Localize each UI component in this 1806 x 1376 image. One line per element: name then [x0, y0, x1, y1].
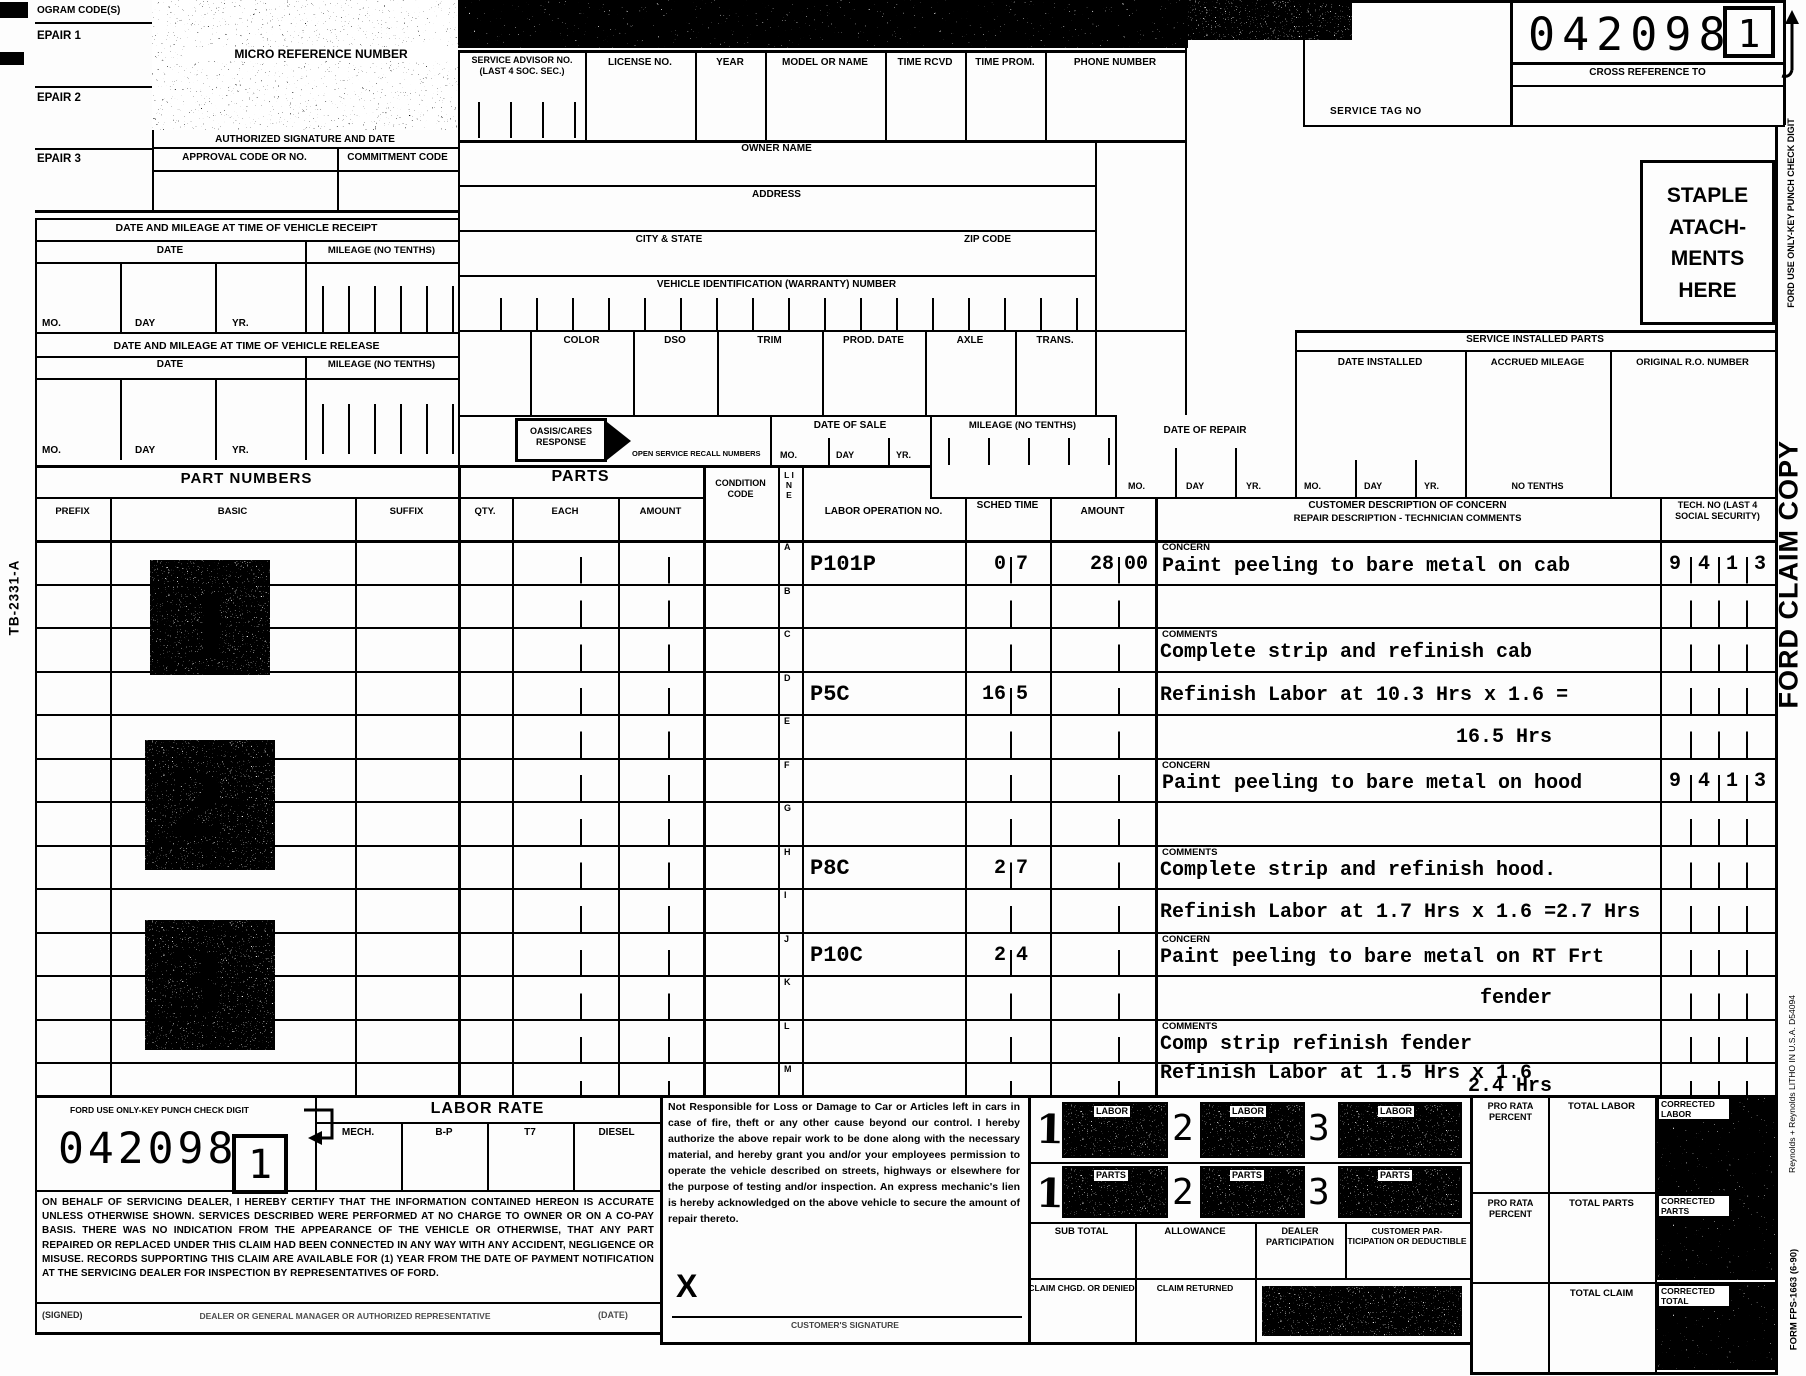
rule: [888, 438, 890, 465]
rule: [1028, 1162, 1470, 1164]
rule: [35, 22, 152, 24]
rule: [35, 378, 458, 380]
description-text: fender: [1160, 987, 1552, 1010]
day-label: DAY: [135, 445, 155, 457]
repair-1-label: EPAIR 1: [37, 30, 127, 44]
claim-returned-label: CLAIM RETURNED: [1135, 1283, 1255, 1293]
rule: [458, 50, 460, 465]
rule: [1095, 140, 1097, 415]
tick-column: [668, 540, 670, 1095]
rule: [1028, 1278, 1470, 1280]
description-text: Complete strip and refinish cab: [1160, 641, 1532, 664]
rule: [633, 330, 635, 415]
rule: [695, 50, 697, 140]
axle-label: AXLE: [925, 335, 1015, 347]
rule: [778, 465, 780, 1095]
rule: [458, 275, 1095, 277]
rule: [35, 497, 703, 499]
description-text: Paint peeling to bare metal on hood: [1162, 772, 1582, 795]
scan-artifact: [0, 2, 28, 18]
description-text: Paint peeling to bare metal on RT Frt: [1160, 946, 1604, 969]
micro-reference-label: MICRO REFERENCE NUMBER: [185, 47, 457, 61]
open-service-recall-label: OPEN SERVICE RECALL NUMBERS: [632, 450, 777, 459]
rule: [1015, 330, 1017, 415]
mo-label: MO.: [1304, 481, 1321, 492]
rule: [110, 497, 112, 1095]
column-3-number: 3: [1308, 1172, 1330, 1213]
day-label: DAY: [1186, 481, 1204, 492]
rule: [1470, 1372, 1778, 1375]
line-letter: D: [784, 673, 791, 684]
signature-line: [672, 1316, 1022, 1318]
rule: [35, 1095, 37, 1332]
labor-op-value: P8C: [810, 856, 850, 881]
staple-attachments-label: STAPLE ATACH- MENTS HERE: [1644, 180, 1771, 306]
labor-operation-header: LABOR OPERATION NO.: [802, 506, 965, 518]
rule: [1510, 85, 1785, 87]
mo-label: MO.: [42, 318, 61, 330]
rule: [35, 332, 458, 334]
signed-label: (SIGNED): [42, 1310, 83, 1321]
labor-op-value: P10C: [810, 943, 863, 968]
rule: [35, 627, 1775, 629]
comments-tag: COMMENTS: [1162, 1021, 1217, 1032]
rule: [1610, 350, 1612, 497]
rule: [802, 465, 804, 1095]
rule: [458, 185, 1095, 187]
corrected-total-box: CORRECTED TOTAL: [1657, 1284, 1775, 1370]
line-column-header: L I N E: [782, 470, 796, 500]
each-header: EACH: [512, 506, 618, 517]
total-parts-label: TOTAL PARTS: [1548, 1198, 1655, 1209]
repair-2-label: EPAIR 2: [37, 92, 127, 106]
rule: [152, 147, 458, 149]
rule: [35, 148, 152, 150]
amount-value: 00: [1124, 553, 1148, 576]
date-label: (DATE): [598, 1310, 628, 1321]
column-2-number: 2: [1172, 1108, 1194, 1149]
mileage-label: MILEAGE (NO TENTHS): [305, 245, 458, 256]
rule: [770, 415, 772, 465]
vin-tick-marks: [500, 298, 1080, 330]
rule: [35, 1332, 663, 1335]
rule: [215, 262, 217, 332]
scan-noise-strip: [1188, 0, 1352, 40]
tick-column: [1010, 540, 1012, 1095]
description-text: Complete strip and refinish hood.: [1160, 859, 1556, 882]
sub-total-label: SUB TOTAL: [1028, 1226, 1135, 1237]
prefix-header: PREFIX: [35, 506, 110, 517]
customer-x-mark: X: [676, 1268, 697, 1306]
rule: [1255, 1222, 1257, 1342]
sched-time-value: 2: [960, 857, 1006, 880]
mo-label: MO.: [42, 445, 61, 457]
rule: [512, 497, 514, 1095]
mech-label: MECH.: [315, 1127, 401, 1139]
rule: [1345, 1222, 1347, 1278]
mileage-tick-marks: [322, 404, 454, 454]
yr-label: YR.: [232, 445, 249, 457]
owner-name-label: OWNER NAME: [458, 143, 1095, 155]
rule: [35, 1190, 663, 1192]
time-prom-label: TIME PROM.: [965, 57, 1045, 69]
line-letter: H: [784, 847, 791, 858]
labor-box-label: LABOR: [1094, 1106, 1130, 1117]
labor-rate-header: LABOR RATE: [315, 1100, 660, 1119]
check-digit: 1: [232, 1142, 288, 1188]
tick-column: [1718, 540, 1720, 1095]
rule: [1775, 125, 1778, 1372]
concern-tag: CONCERN: [1162, 760, 1210, 771]
rule: [585, 50, 587, 140]
tick-column: [1118, 540, 1120, 1095]
claim-labor-box-1: LABOR: [1062, 1102, 1168, 1158]
rule: [822, 330, 824, 415]
handwritten-repair-number-2: 2: [167, 755, 229, 857]
mileage-label: MILEAGE (NO TENTHS): [305, 359, 458, 370]
line-letter: K: [784, 977, 791, 988]
trim-label: TRIM: [717, 335, 822, 347]
rule: [925, 330, 927, 415]
amount-parts-header: AMOUNT: [618, 506, 703, 517]
repair-order-number: 042098: [58, 1124, 237, 1174]
amount-labor-header: AMOUNT: [1050, 506, 1155, 518]
rule: [1415, 460, 1417, 497]
description-text: 2.4 Hrs: [1160, 1075, 1552, 1098]
rule: [828, 438, 830, 465]
rule: [618, 497, 620, 1095]
line-letter: J: [784, 934, 789, 945]
rule: [885, 50, 887, 140]
tick-column: [1690, 540, 1692, 1095]
allowance-label: ALLOWANCE: [1135, 1226, 1255, 1237]
tech-no-value: 3: [1747, 770, 1773, 793]
tech-no-value: 9: [1662, 553, 1688, 576]
rule: [530, 330, 532, 415]
rule: [35, 86, 152, 88]
day-label: DAY: [836, 450, 854, 461]
claim-chgd-denied-label: CLAIM CHGD. OR DENIED: [1028, 1283, 1135, 1293]
rule: [965, 497, 967, 1095]
rule: [1355, 460, 1357, 497]
sched-time-value: 5: [1016, 683, 1028, 706]
parts-header: PARTS: [458, 468, 703, 487]
description-text: 16.5 Hrs: [1160, 726, 1552, 749]
rule: [703, 465, 706, 1095]
rule: [120, 378, 122, 460]
trans-label: TRANS.: [1015, 335, 1095, 347]
rule: [35, 975, 1775, 977]
handwritten-column-1: 1: [1036, 1106, 1065, 1154]
date-of-repair-label: DATE OF REPAIR: [1115, 425, 1295, 437]
rule: [1510, 62, 1785, 65]
column-3-number: 3: [1308, 1108, 1330, 1149]
description-header-line1: CUSTOMER DESCRIPTION OF CONCERN: [1155, 500, 1660, 512]
line-letter: A: [784, 542, 791, 553]
rule: [1470, 1095, 1473, 1372]
rule: [1303, 0, 1785, 3]
rule: [35, 240, 458, 242]
description-text: Refinish Labor at 1.7 Hrs x 1.6 =2.7 Hrs: [1160, 901, 1640, 924]
sched-time-header: SCHED TIME: [975, 500, 1040, 512]
line-letter: I: [784, 890, 787, 901]
tech-no-value: 9: [1662, 770, 1688, 793]
description-text: Comp strip refinish fender: [1160, 1033, 1472, 1056]
rule: [458, 465, 461, 1095]
suffix-header: SUFFIX: [355, 506, 458, 517]
sale-mileage-ticks: [948, 438, 1110, 465]
yr-label: YR.: [896, 450, 911, 461]
rule: [1660, 497, 1662, 1095]
concern-tag: CONCERN: [1162, 542, 1210, 553]
rule: [35, 584, 1775, 586]
ford-claim-copy-label: FORD CLAIM COPY: [1774, 449, 1805, 709]
form-number-left: TB-2331-A: [7, 543, 22, 653]
pro-rata-label: PRO RATA PERCENT: [1473, 1101, 1548, 1122]
oasis-arrow-icon: [607, 422, 631, 460]
qty-header: QTY.: [458, 506, 512, 517]
rule: [1548, 1095, 1550, 1372]
receipt-title: DATE AND MILEAGE AT TIME OF VEHICLE RECE…: [35, 222, 458, 234]
rule: [660, 1095, 663, 1342]
rule: [573, 1122, 575, 1190]
rule: [1050, 497, 1052, 1095]
sched-time-value: 4: [1016, 944, 1028, 967]
sched-time-value: 7: [1016, 553, 1028, 576]
column-2-number: 2: [1172, 1172, 1194, 1213]
description-text: Paint peeling to bare metal on cab: [1162, 555, 1570, 578]
color-label: COLOR: [530, 335, 633, 347]
rule: [1303, 125, 1785, 127]
form-number-bottom-right: FORM FPS-1663 (6-90): [1789, 1225, 1800, 1375]
dealer-certification-text: ON BEHALF OF SERVICING DEALER, I HEREBY …: [42, 1196, 654, 1281]
service-tag-label: SERVICE TAG NO: [1330, 106, 1422, 118]
tech-no-value: 4: [1691, 553, 1717, 576]
rule: [355, 497, 357, 1095]
rule: [35, 671, 1775, 673]
pro-rata-label: PRO RATA PERCENT: [1473, 1198, 1548, 1219]
mo-label: MO.: [780, 450, 797, 461]
no-tenths-label: NO TENTHS: [1465, 481, 1610, 492]
tick-column: [1746, 540, 1748, 1095]
claim-labor-box-3: LABOR: [1338, 1102, 1462, 1158]
service-advisor-label: SERVICE ADVISOR NO. (LAST 4 SOC. SEC.): [462, 55, 582, 76]
rule: [1295, 350, 1775, 352]
rule: [1303, 0, 1305, 125]
total-labor-label: TOTAL LABOR: [1548, 1101, 1655, 1112]
rule: [35, 540, 1775, 543]
license-label: LICENSE NO.: [585, 57, 695, 69]
ford-claim-form-scan: OGRAM CODE(S) EPAIR 1 EPAIR 2 EPAIR 3 MI…: [0, 0, 1806, 1376]
handwritten-column-1: 1: [1036, 1170, 1065, 1218]
rule: [458, 50, 1185, 53]
customer-signature-label: CUSTOMER'S SIGNATURE: [700, 1320, 990, 1330]
yr-label: YR.: [1424, 481, 1439, 492]
line-letter: G: [784, 803, 791, 814]
day-label: DAY: [1364, 481, 1382, 492]
rule: [1028, 1222, 1470, 1224]
ford-use-vertical-label: FORD USE ONLY-KEY PUNCH CHECK DIGIT: [1786, 113, 1796, 313]
rule: [35, 210, 458, 213]
rule: [35, 1019, 1775, 1021]
mileage-tick-marks: [322, 286, 454, 332]
rule: [660, 1342, 1473, 1345]
tech-no-value: 1: [1719, 553, 1745, 576]
date-installed-label: DATE INSTALLED: [1295, 357, 1465, 369]
rule: [337, 147, 339, 210]
scan-noise-strip: [458, 0, 1188, 48]
original-ro-label: ORIGINAL R.O. NUMBER: [1610, 357, 1775, 368]
year-label: YEAR: [695, 57, 765, 69]
date-of-sale-label: DATE OF SALE: [770, 420, 930, 432]
prod-date-label: PROD. DATE: [822, 335, 925, 347]
sched-time-value: 0: [960, 553, 1006, 576]
rule: [765, 50, 767, 140]
labor-op-value: P101P: [810, 552, 876, 577]
program-codes-label: OGRAM CODE(S): [37, 5, 149, 17]
rule: [458, 415, 1117, 417]
part-numbers-header: PART NUMBERS: [35, 470, 458, 488]
amount-value: 28: [1052, 553, 1114, 576]
tech-no-value: 1: [1719, 770, 1745, 793]
mo-label: MO.: [1128, 481, 1145, 492]
handwritten-repair-number-3: 3: [165, 933, 227, 1035]
line-letter: E: [784, 716, 790, 727]
rule: [35, 932, 1775, 934]
labor-op-value: P5C: [810, 682, 850, 707]
rule: [1155, 497, 1158, 1095]
vin-label: VEHICLE IDENTIFICATION (WARRANTY) NUMBER: [458, 279, 1095, 291]
customer-disclaimer-text: Not Responsible for Loss or Damage to Ca…: [668, 1100, 1020, 1228]
rule: [1295, 330, 1775, 333]
rule: [215, 378, 217, 460]
sale-mileage-label: MILEAGE (NO TENTHS): [930, 420, 1115, 431]
rule: [1465, 350, 1467, 497]
description-header-line2: REPAIR DESCRIPTION - TECHNICIAN COMMENTS: [1155, 513, 1660, 524]
rule: [487, 1122, 489, 1190]
yr-label: YR.: [1246, 481, 1261, 492]
authorized-signature-label: AUTHORIZED SIGNATURE AND DATE: [152, 134, 458, 146]
zip-label: ZIP CODE: [880, 234, 1095, 246]
line-letter: L: [784, 1021, 790, 1032]
rule: [152, 170, 458, 172]
line-letter: F: [784, 760, 790, 771]
rule: [35, 218, 37, 465]
corrected-parts-box: CORRECTED PARTS: [1657, 1194, 1775, 1280]
line-letter: M: [784, 1064, 792, 1075]
rule: [1175, 448, 1177, 497]
rule: [1028, 1095, 1031, 1342]
rule: [458, 230, 1095, 232]
bp-label: B-P: [401, 1127, 487, 1139]
line-letter: B: [784, 586, 791, 597]
printer-credit-label: Reynolds + Reynolds LITHO IN U.S.A. D540…: [1787, 924, 1797, 1244]
corrected-labor-box: CORRECTED LABOR: [1657, 1097, 1775, 1192]
tech-no-value: 3: [1747, 553, 1773, 576]
advisor-tick-marks: [478, 102, 578, 138]
date-label: DATE: [35, 245, 305, 257]
rule: [35, 1302, 663, 1304]
dealer-signature-line-label: DEALER OR GENERAL MANAGER OR AUTHORIZED …: [160, 1311, 530, 1321]
handwritten-repair-number-1: 1: [179, 577, 241, 679]
city-state-label: CITY & STATE: [458, 234, 880, 246]
dealer-participation-label: DEALER PARTICIPATION: [1255, 1226, 1345, 1247]
rule: [305, 356, 307, 460]
dso-label: DSO: [633, 335, 717, 347]
rule: [965, 50, 967, 140]
sched-time-value: 7: [1016, 857, 1028, 880]
claim-parts-box-3: PARTS: [1338, 1166, 1462, 1218]
yr-label: YR.: [232, 318, 249, 330]
rule: [401, 1122, 403, 1190]
oasis-cares-label: OASIS/CARES RESPONSE: [519, 426, 603, 447]
service-installed-parts-label: SERVICE INSTALLED PARTS: [1295, 334, 1775, 346]
rule: [1045, 50, 1047, 140]
approval-code-label: APPROVAL CODE OR NO.: [152, 152, 337, 164]
address-label: ADDRESS: [458, 189, 1095, 201]
rule: [717, 330, 719, 415]
corrected-total-label: CORRECTED TOTAL: [1659, 1286, 1729, 1306]
rule: [35, 801, 1775, 803]
rule: [35, 465, 37, 1095]
customer-participation-label: CUSTOMER PAR- TICIPATION OR DEDUCTIBLE: [1347, 1226, 1467, 1246]
tech-no-value: 4: [1691, 770, 1717, 793]
line-letter: C: [784, 629, 791, 640]
diesel-label: DIESEL: [573, 1127, 660, 1139]
rule: [35, 888, 1775, 890]
scan-artifact: [0, 52, 24, 65]
parts-box-label: PARTS: [1094, 1170, 1128, 1181]
comments-tag: COMMENTS: [1162, 847, 1217, 858]
repair-order-number: 042098: [1528, 8, 1733, 61]
comments-tag: COMMENTS: [1162, 629, 1217, 640]
cross-reference-label: CROSS REFERENCE TO: [1510, 67, 1785, 79]
rule: [1135, 1222, 1137, 1342]
commitment-code-label: COMMITMENT CODE: [337, 152, 458, 164]
parts-box-label: PARTS: [1230, 1170, 1264, 1181]
claim-parts-box-2: PARTS: [1200, 1166, 1305, 1218]
labor-box-label: LABOR: [1230, 1106, 1266, 1117]
labor-box-label: LABOR: [1378, 1106, 1414, 1117]
day-label: DAY: [135, 318, 155, 330]
scan-noise-block: [152, 0, 458, 130]
t7-label: T7: [487, 1127, 573, 1139]
description-text: Refinish Labor at 10.3 Hrs x 1.6 =: [1160, 684, 1568, 707]
corrected-parts-label: CORRECTED PARTS: [1659, 1196, 1729, 1216]
repair-3-label: EPAIR 3: [37, 153, 127, 167]
phone-label: PHONE NUMBER: [1045, 57, 1185, 69]
total-claim-label: TOTAL CLAIM: [1548, 1288, 1655, 1299]
concern-tag: CONCERN: [1162, 934, 1210, 945]
sched-time-value: 16: [960, 683, 1006, 706]
rule: [930, 497, 1775, 499]
rule: [35, 758, 1775, 760]
rule: [35, 218, 458, 220]
condition-code-header: CONDITION CODE: [703, 478, 778, 499]
scan-noise-patch: [1262, 1286, 1462, 1336]
rule: [35, 356, 458, 358]
time-rcvd-label: TIME RCVD: [885, 57, 965, 69]
corrected-labor-label: CORRECTED LABOR: [1659, 1099, 1729, 1119]
tech-no-header: TECH. NO (LAST 4 SOCIAL SECURITY): [1662, 500, 1773, 521]
claim-parts-box-1: PARTS: [1062, 1166, 1168, 1218]
rule: [305, 240, 307, 332]
basic-header: BASIC: [110, 506, 355, 517]
rule: [1235, 448, 1237, 497]
date-label: DATE: [35, 359, 305, 371]
rule: [120, 262, 122, 332]
check-digit: 1: [1723, 12, 1775, 56]
